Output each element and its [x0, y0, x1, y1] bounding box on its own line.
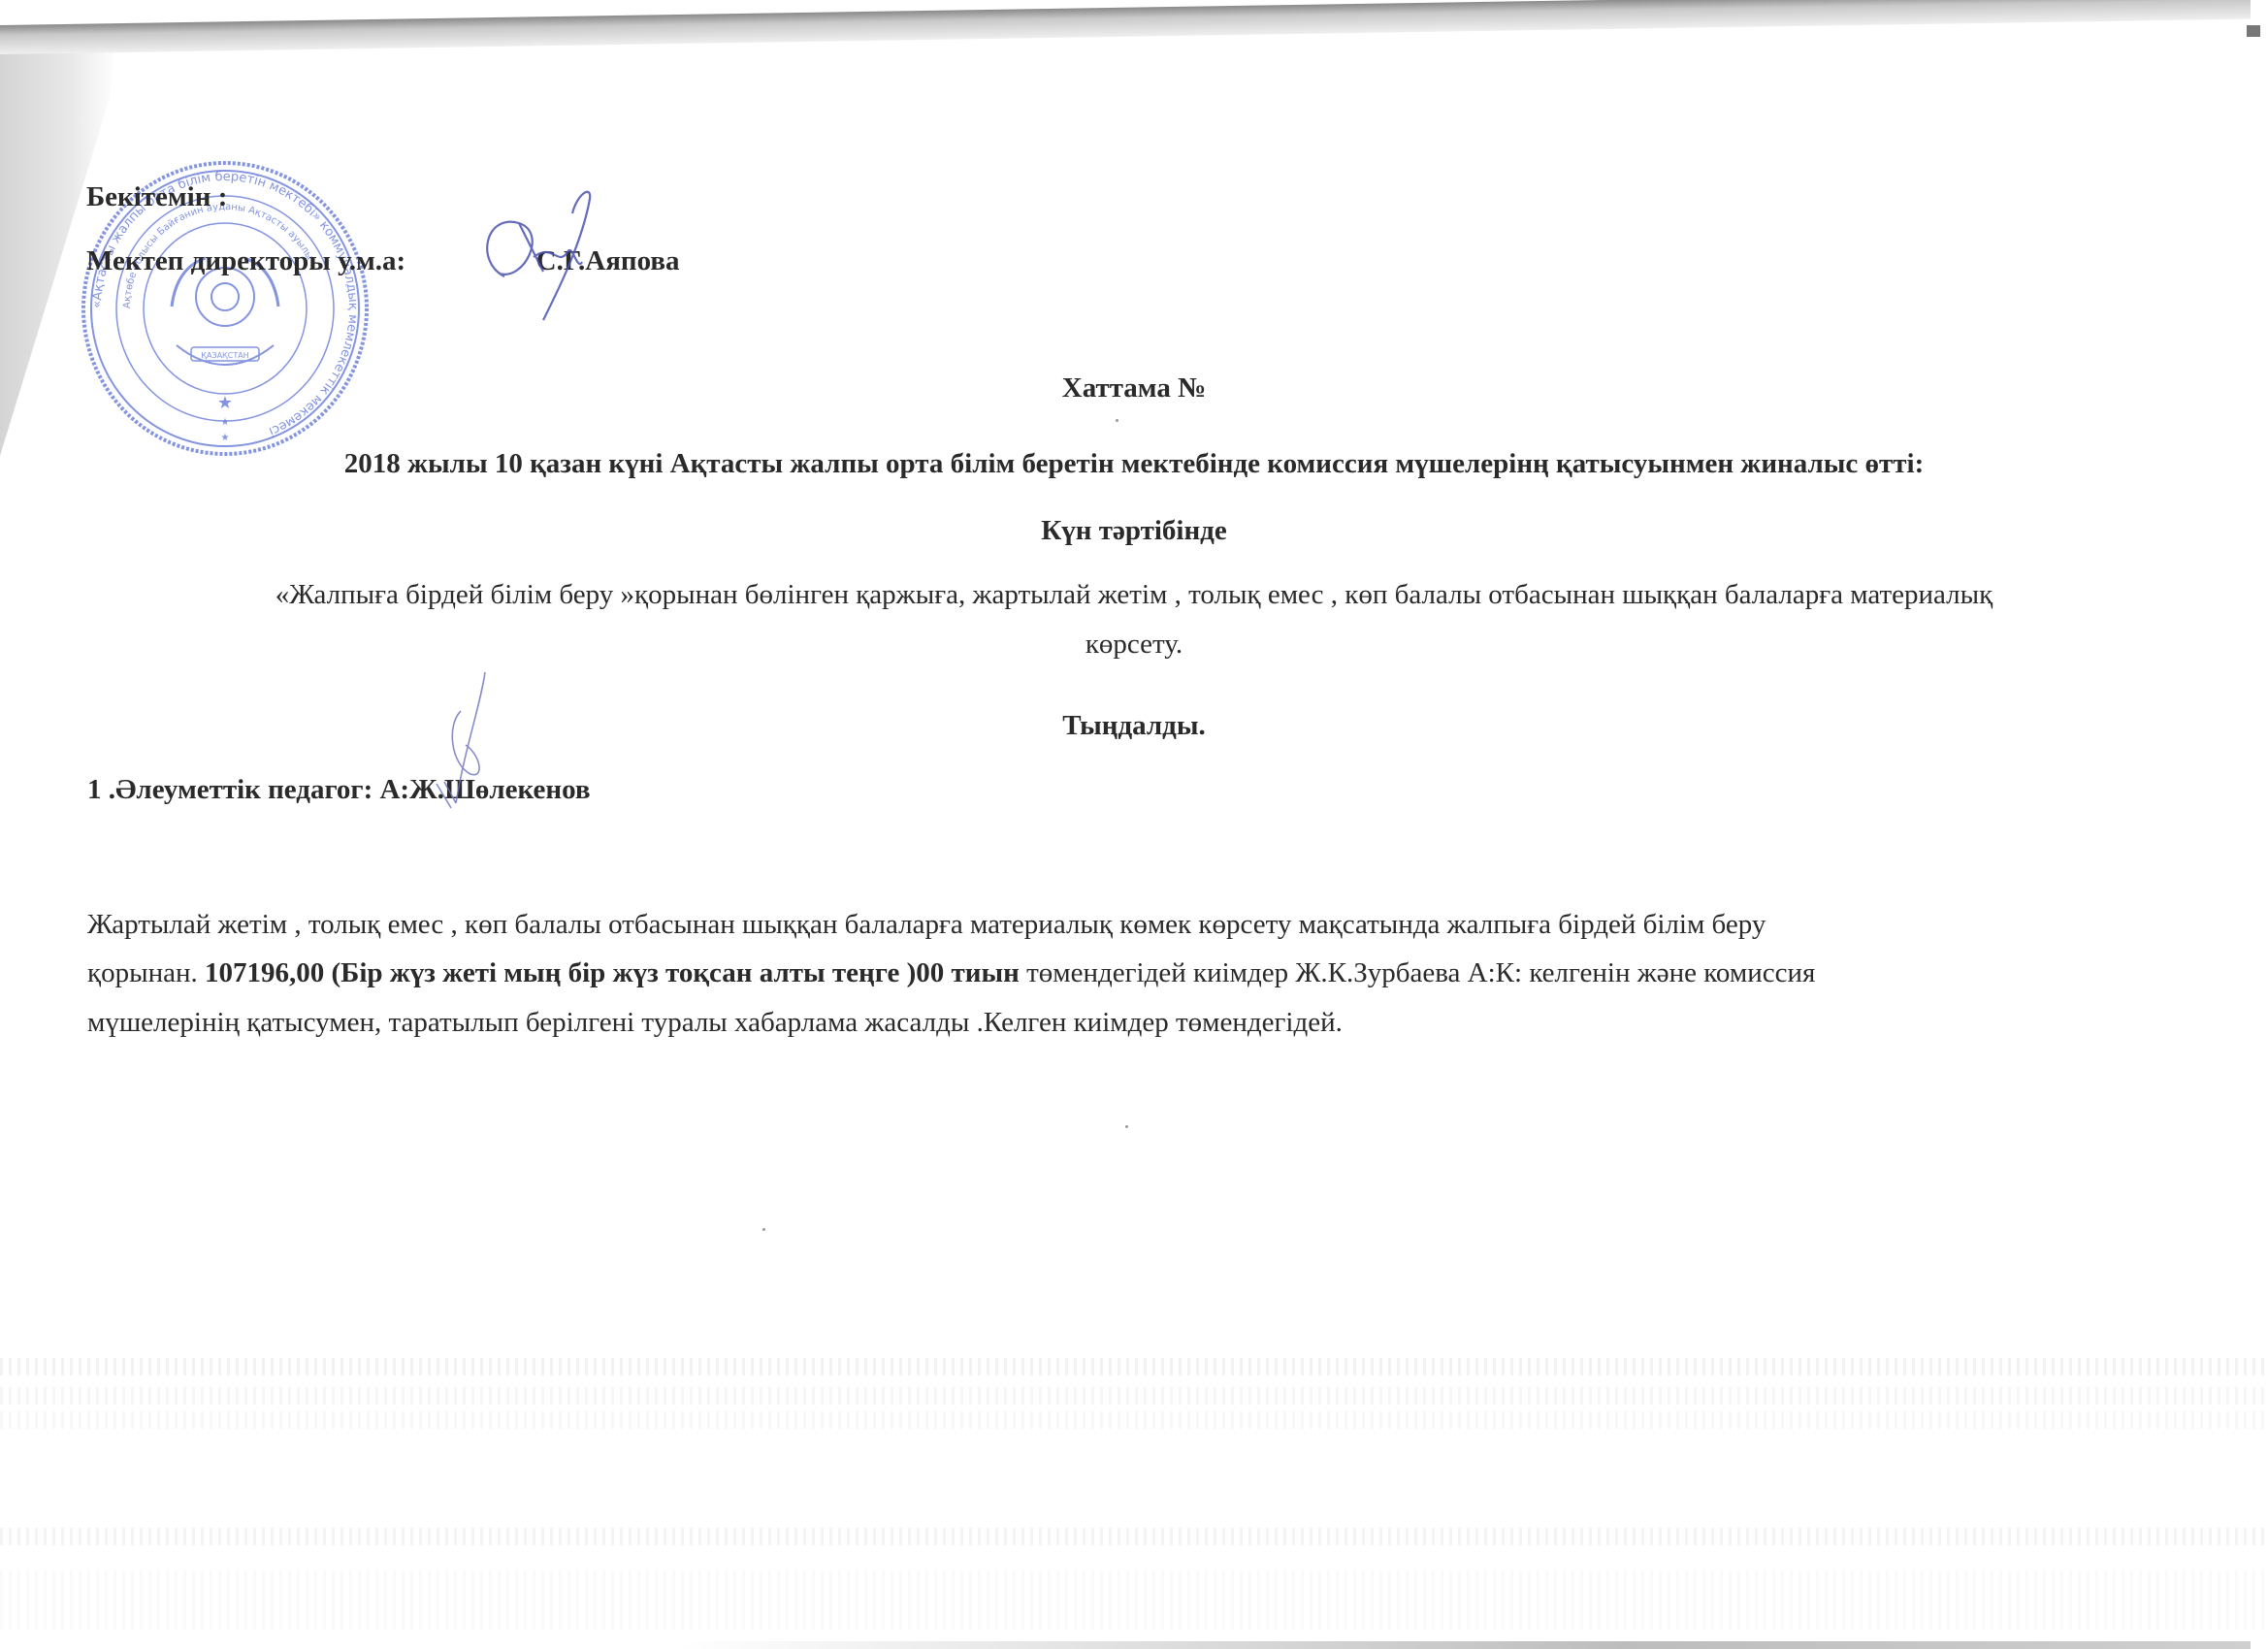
scanner-corner — [2247, 25, 2260, 37]
speaker-signature-icon — [427, 667, 514, 813]
approve-label: Бекітемін : — [86, 181, 227, 213]
speaker-line: 1 .Әлеуметтік педагог: А:Ж.Шөлекенов — [87, 774, 591, 806]
agenda-text-line2: көрсету. — [0, 629, 2268, 661]
body-line1: Жартылай жетім , толық емес , көп балалы… — [87, 909, 1766, 941]
amount-text: 107196,00 (Бір жүз жеті мың бір жүз тоқс… — [205, 957, 1020, 988]
scan-noise — [0, 1387, 2268, 1405]
agenda-heading: Күн тәртібінде — [0, 515, 2268, 547]
scan-noise — [0, 1571, 2268, 1630]
body-line2-suffix: төмендегідей киімдер Ж.К.Зурбаева А:К: к… — [1020, 957, 1816, 988]
body-line2: қорынан. 107196,00 (Бір жүз жеті мың бір… — [87, 957, 1815, 989]
meeting-intro: 2018 жылы 10 қазан күні Ақтасты жалпы ор… — [0, 448, 2268, 480]
body-line2-prefix: қорынан. — [87, 957, 205, 988]
speaker-number: 1 . — [87, 774, 115, 805]
scan-noise — [0, 1528, 2268, 1545]
speaker-role: Әлеуметтік педагог: — [115, 774, 373, 805]
scan-noise — [0, 1358, 2268, 1375]
document-title: Хаттама № — [0, 372, 2268, 404]
heard-heading: Тыңдалды. — [0, 710, 2268, 742]
svg-text:ҚАЗАҚСТАН: ҚАЗАҚСТАН — [201, 351, 248, 360]
agenda-text-line1: «Жалпыға бірдей білім беру »қорынан бөлі… — [0, 579, 2268, 611]
body-line3: мүшелерінің қатысумен, таратылып берілге… — [87, 1007, 1343, 1039]
director-signature-icon — [466, 184, 611, 330]
director-label: Мектеп директоры у.м.а: — [86, 245, 405, 276]
scan-speck — [762, 1228, 765, 1231]
scan-noise — [0, 1411, 2268, 1429]
scanner-shadow-bottom — [679, 1641, 2251, 1649]
scan-speck — [1125, 1125, 1128, 1128]
scan-speck — [1116, 419, 1118, 422]
svg-text:★: ★ — [221, 433, 230, 443]
svg-text:★: ★ — [221, 417, 230, 428]
